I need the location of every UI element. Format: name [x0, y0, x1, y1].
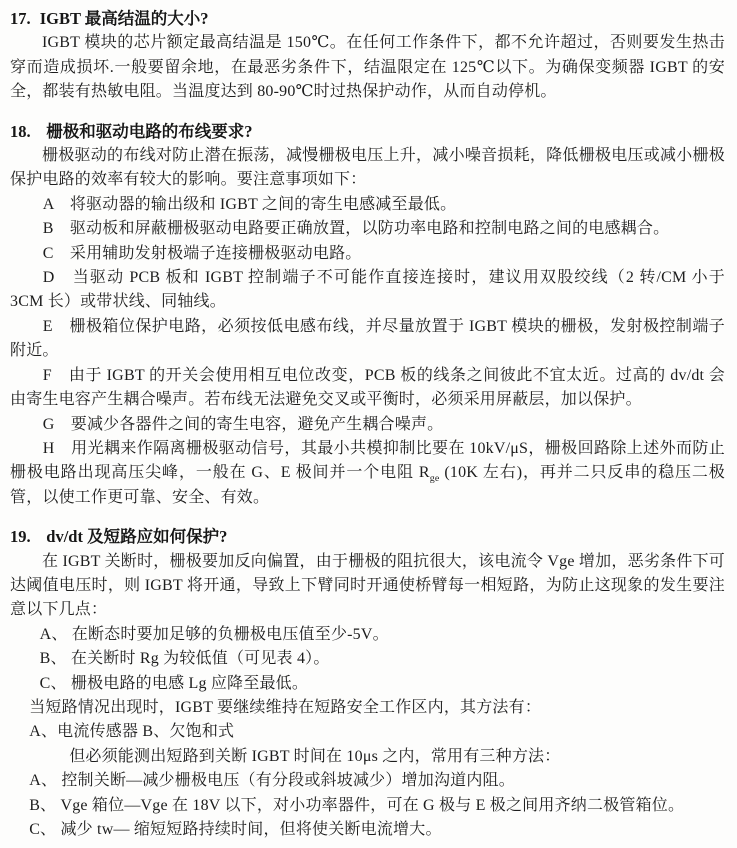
section-18-intro: 栅极驱动的布线对防止潜在振荡，减慢栅极电压上升，减小噪音损耗，降低栅极电压或减小…	[10, 144, 725, 193]
section-19: 19.dv/dt 及短路应如何保护? 在 IGBT 关断时，栅极要加反向偏置，由…	[10, 525, 725, 842]
section-17-paragraph: IGBT 模块的芯片额定最高结温是 150℃。在任何工作条件下，都不允许超过，否…	[10, 31, 725, 104]
list-item-g: G 要减少各器件之间的寄生电容，避免产生耦合噪声。	[10, 413, 725, 437]
list-item-h: H 用光耦来作隔离栅极驱动信号，其最小共模抑制比要在 10kV/μS，栅极回路除…	[10, 437, 725, 510]
list-item-b: B 驱动板和屏蔽栅极驱动电路要正确放置，以防功率电路和控制电路之间的电感耦合。	[10, 217, 725, 241]
section-17-number: 17.	[10, 9, 31, 28]
method-b: B、 Vge 箱位—Vge 在 18V 以下，对小功率器件，可在 G 极与 E …	[10, 794, 725, 818]
list-item-c: C 采用辅助发射极端子连接栅极驱动电路。	[10, 242, 725, 266]
method-a: A、 控制关断—减少栅极电压（有分段或斜坡减少）增加沟道内阻。	[10, 769, 725, 793]
section-19-intro: 在 IGBT 关断时，栅极要加反向偏置，由于栅极的阻抗很大，该电流令 Vge 增…	[10, 550, 725, 623]
section-18: 18.栅极和驱动电路的布线要求? 栅极驱动的布线对防止潜在振荡，减慢栅极电压上升…	[10, 120, 725, 511]
list-item-d: D 当驱动 PCB 板和 IGBT 控制端子不可能作直接连接时，建议用双股绞线（…	[10, 266, 725, 315]
section-17: 17.IGBT 最高结温的大小? IGBT 模块的芯片额定最高结温是 150℃。…	[10, 7, 725, 105]
list-item-f: F 由于 IGBT 的开关会使用相互电位改变，PCB 板的线条之间彼此不宜太近。…	[10, 364, 725, 413]
section-17-heading: 17.IGBT 最高结温的大小?	[10, 7, 725, 31]
method-c: C、 减少 tw— 缩短短路持续时间，但将使关断电流增大。	[10, 818, 725, 842]
short-circuit-intro: 当短路情况出现时，IGBT 要继续维持在短路安全工作区内，其方法有：	[10, 696, 725, 720]
point-a: A、 在断态时要加足够的负栅极电压值至少-5V。	[10, 623, 725, 647]
item-h-subscript: ge	[430, 474, 440, 485]
section-19-title: dv/dt 及短路应如何保护?	[46, 527, 227, 546]
section-17-title: IGBT 最高结温的大小?	[40, 9, 209, 28]
section-18-heading: 18.栅极和驱动电路的布线要求?	[10, 120, 725, 144]
section-18-title: 栅极和驱动电路的布线要求?	[46, 122, 252, 141]
list-item-a: A 将驱动器的输出级和 IGBT 之间的寄生电感减至最低。	[10, 193, 725, 217]
detection-note: 但必须能测出短路到关断 IGBT 时间在 10μs 之内，常用有三种方法：	[10, 745, 725, 769]
point-b: B、 在关断时 Rg 为较低值（可见表 4）。	[10, 647, 725, 671]
section-19-number: 19.	[10, 527, 31, 546]
section-18-number: 18.	[10, 122, 31, 141]
point-c: C、 栅极电路的电感 Lg 应降至最低。	[10, 672, 725, 696]
methods-line: A、电流传感器 B、欠饱和式	[10, 720, 725, 744]
section-19-heading: 19.dv/dt 及短路应如何保护?	[10, 525, 725, 549]
document-page: 17.IGBT 最高结温的大小? IGBT 模块的芯片额定最高结温是 150℃。…	[0, 0, 737, 848]
list-item-e: E 栅极箱位保护电路，必须按低电感布线，并尽量放置于 IGBT 模块的栅极，发射…	[10, 315, 725, 364]
